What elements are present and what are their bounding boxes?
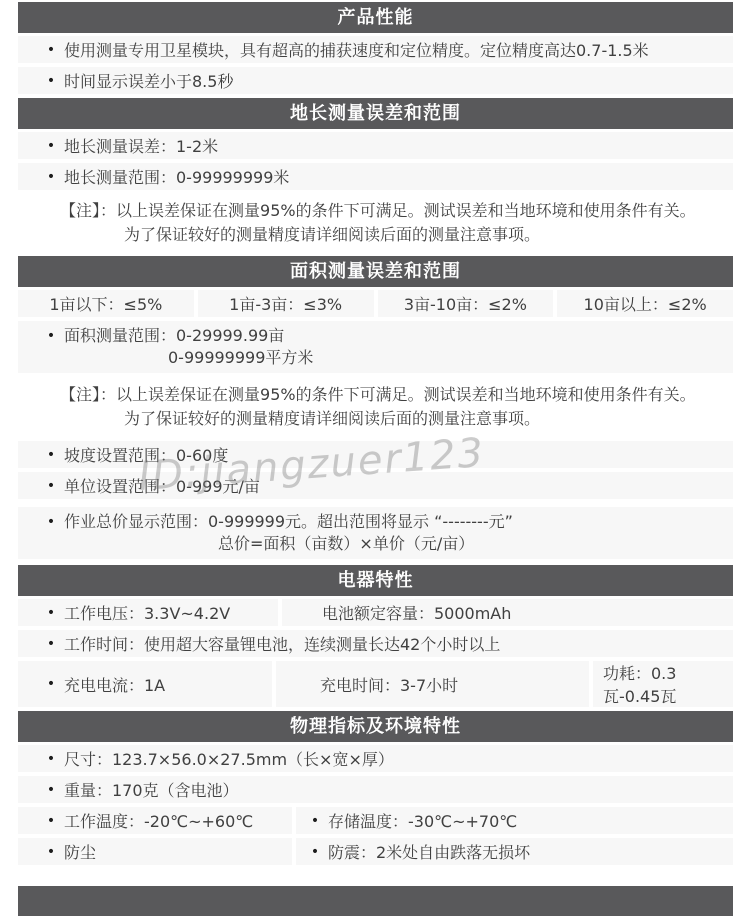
table-cell: • 工作温度：-20℃~+60℃ [18,807,292,834]
section-title: 产品性能 [338,7,414,28]
note-label: 【注】： [60,201,116,220]
section-title: 面积测量误差和范围 [290,261,461,282]
table-cell: • 存储温度：-30℃~+70℃ [296,807,733,834]
note-line: 为了保证较好的测量精度请详细阅读后面的测量注意事项。 [60,407,725,431]
table-cell: 功耗：0.3瓦-0.45瓦 [593,661,733,707]
spec-content: 产品性能 • 使用测量专用卫星模块，具有超高的捕获速度和定位精度。定位精度高达0… [0,0,750,865]
spec-line: 0-99999999平方米 [18,347,733,369]
bullet-icon: • [44,782,58,798]
section-header-length: 地长测量误差和范围 [18,98,733,129]
cell-text: 存储温度：-30℃~+70℃ [328,809,517,832]
spec-row-dimensions: • 尺寸：123.7×56.0×27.5mm（长×宽×厚） [18,745,733,772]
note-line: 【注】：以上误差保证在测量95%的条件下可满足。测试误差和当地环境和使用条件有关… [60,199,725,223]
spec-text: 0-99999999平方米 [168,347,313,369]
electrical-row-voltage: • 工作电压：3.3V~4.2V 电池额定容量：5000mAh [18,599,733,626]
note-label: 【注】： [60,385,116,404]
bullet-icon: • [44,511,58,533]
cell-text: 1亩-3亩：≤3% [229,292,342,315]
cell-text: 10亩以上：≤2% [584,292,707,315]
bullet-icon: • [44,447,58,463]
note-line: 为了保证较好的测量精度请详细阅读后面的测量注意事项。 [60,223,725,247]
bullet-icon: • [44,73,58,89]
spec-text: 地长测量范围：0-99999999米 [64,165,289,188]
product-spec-sheet: 产品性能 • 使用测量专用卫星模块，具有超高的捕获速度和定位精度。定位精度高达0… [0,0,750,920]
section-header-performance: 产品性能 [18,2,733,33]
cell-text: 防尘 [64,840,96,863]
bullet-icon: • [44,169,58,185]
table-cell: 充电时间：3-7小时 [276,661,589,707]
bullet-icon: • [308,844,322,860]
section-header-physical: 物理指标及环境特性 [18,711,733,742]
cell-text: 防震：2米处自由跌落无损坏 [328,840,530,863]
cell-text: 电池额定容量：5000mAh [322,601,511,624]
spec-text: 重量：170克（含电池） [64,778,239,801]
spec-text: 使用测量专用卫星模块，具有超高的捕获速度和定位精度。定位精度高达0.7-1.5米 [64,38,649,61]
spec-text: 作业总价显示范围：0-999999元。超出范围将显示 “--------元” [64,511,513,533]
table-cell: • 充电电流：1A [18,661,272,707]
table-cell: 3亩-10亩：≤2% [378,290,554,317]
bullet-icon: • [44,325,58,347]
spec-row-time-error: • 时间显示误差小于8.5秒 [18,67,733,94]
spec-text: 尺寸：123.7×56.0×27.5mm（长×宽×厚） [64,747,394,770]
spec-text: 地长测量误差：1-2米 [64,134,218,157]
spec-row-length-range: • 地长测量范围：0-99999999米 [18,163,733,190]
spec-text: 面积测量范围：0-29999.99亩 [64,325,284,347]
spec-text: 总价=面积（亩数）×单价（元/亩） [218,533,474,555]
table-cell: • 防震：2米处自由跌落无损坏 [296,838,733,865]
section-title: 电器特性 [338,570,414,591]
section-header-electrical: 电器特性 [18,565,733,596]
cell-text: 3亩-10亩：≤2% [404,292,527,315]
cell-text: 工作电压：3.3V~4.2V [64,601,230,624]
table-cell: • 工作电压：3.3V~4.2V [18,599,278,626]
spec-line: • 作业总价显示范围：0-999999元。超出范围将显示 “--------元” [18,511,733,533]
cell-text: 充电电流：1A [64,673,165,696]
note-line: 【注】：以上误差保证在测量95%的条件下可满足。测试误差和当地环境和使用条件有关… [60,383,725,407]
spec-row-work-time: • 工作时间：使用超大容量锂电池，连续测量长达42个小时以上 [18,630,733,657]
spec-line: • 面积测量范围：0-29999.99亩 [18,325,733,347]
cell-text: 充电时间：3-7小时 [320,673,458,696]
note-block-area: 【注】：以上误差保证在测量95%的条件下可满足。测试误差和当地环境和使用条件有关… [18,378,733,436]
spec-row-slope-range: • 坡度设置范围：0-60度 [18,441,733,468]
spec-row-satellite: • 使用测量专用卫星模块，具有超高的捕获速度和定位精度。定位精度高达0.7-1.… [18,36,733,63]
area-error-table: 1亩以下：≤5% 1亩-3亩：≤3% 3亩-10亩：≤2% 10亩以上：≤2% [18,290,733,317]
spec-text: 坡度设置范围：0-60度 [64,443,228,466]
physical-row-protection: • 防尘 • 防震：2米处自由跌落无损坏 [18,838,733,865]
spec-text: 时间显示误差小于8.5秒 [64,69,233,92]
bullet-icon: • [308,813,322,829]
bullet-icon: • [44,605,58,621]
bullet-icon: • [44,751,58,767]
bullet-icon: • [44,813,58,829]
spec-text: 工作时间：使用超大容量锂电池，连续测量长达42个小时以上 [64,632,500,655]
note-block-length: 【注】：以上误差保证在测量95%的条件下可满足。测试误差和当地环境和使用条件有关… [18,194,733,252]
bullet-icon: • [44,844,58,860]
spec-row-area-range: • 面积测量范围：0-29999.99亩 0-99999999平方米 [18,321,733,373]
spec-row-weight: • 重量：170克（含电池） [18,776,733,803]
bullet-icon: • [44,138,58,154]
spec-row-unit-range: • 单位设置范围：0-999元/亩 [18,472,733,499]
table-cell: 10亩以上：≤2% [557,290,733,317]
bullet-icon: • [44,676,58,692]
table-cell: 1亩以下：≤5% [18,290,194,317]
note-text: 以上误差保证在测量95%的条件下可满足。测试误差和当地环境和使用条件有关。 [116,385,696,404]
table-cell: 1亩-3亩：≤3% [198,290,374,317]
electrical-row-charging: • 充电电流：1A 充电时间：3-7小时 功耗：0.3瓦-0.45瓦 [18,661,733,707]
bullet-icon: • [44,478,58,494]
cell-text: 1亩以下：≤5% [49,292,162,315]
bullet-icon: • [44,42,58,58]
cell-text: 功耗：0.3瓦-0.45瓦 [603,661,733,707]
spec-row-total-price: • 作业总价显示范围：0-999999元。超出范围将显示 “--------元”… [18,507,733,559]
section-title: 地长测量误差和范围 [290,103,461,124]
spec-text: 单位设置范围：0-999元/亩 [64,474,260,497]
spec-line: 总价=面积（亩数）×单价（元/亩） [18,533,733,555]
section-title: 物理指标及环境特性 [290,716,461,737]
table-cell: • 防尘 [18,838,292,865]
section-header-area: 面积测量误差和范围 [18,256,733,287]
note-text: 以上误差保证在测量95%的条件下可满足。测试误差和当地环境和使用条件有关。 [116,201,696,220]
physical-row-temperature: • 工作温度：-20℃~+60℃ • 存储温度：-30℃~+70℃ [18,807,733,834]
cell-text: 工作温度：-20℃~+60℃ [64,809,253,832]
table-cell: 电池额定容量：5000mAh [282,599,733,626]
footer-bar [18,886,733,916]
spec-row-length-error: • 地长测量误差：1-2米 [18,132,733,159]
bullet-icon: • [44,636,58,652]
